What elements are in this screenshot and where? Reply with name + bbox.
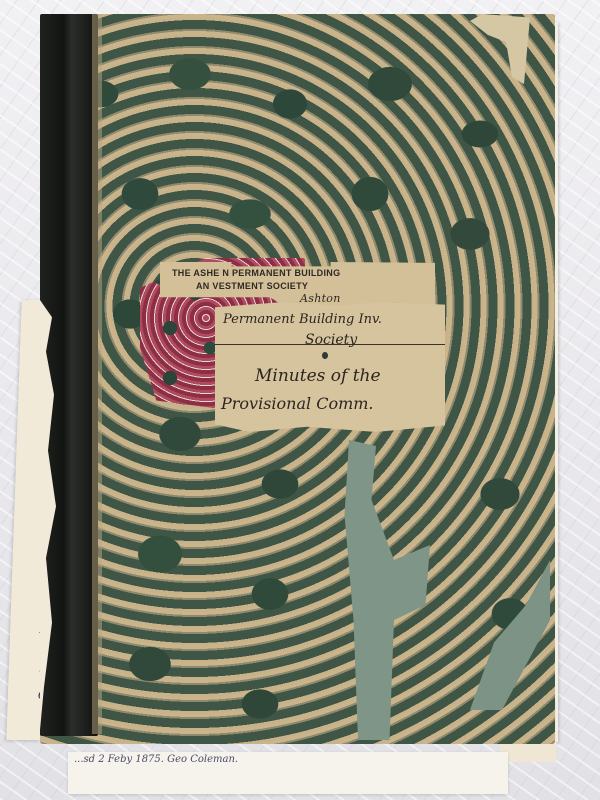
punched-hole [322, 352, 328, 359]
printed-label-line1: THE ASHE N PERMANENT BUILDING [172, 268, 340, 278]
handwritten-overlap: Ashton [300, 292, 341, 305]
spine-edge [92, 14, 102, 734]
handwritten-line1: Permanent Building Inv. [223, 312, 382, 327]
bottom-paper-strip: ...sd 2 Feby 1875. Geo Coleman. [68, 752, 508, 794]
printed-label-line2: AN VESTMENT SOCIETY [196, 281, 308, 291]
handwritten-line2: Society [305, 332, 357, 348]
handwritten-line3: Minutes of the [255, 366, 381, 386]
handwritten-label: Permanent Building Inv. Society Minutes … [215, 302, 445, 432]
bottom-handwritten-note: ...sd 2 Feby 1875. Geo Coleman. [74, 754, 238, 765]
handwritten-line4: Provisional Comm. [221, 394, 374, 413]
